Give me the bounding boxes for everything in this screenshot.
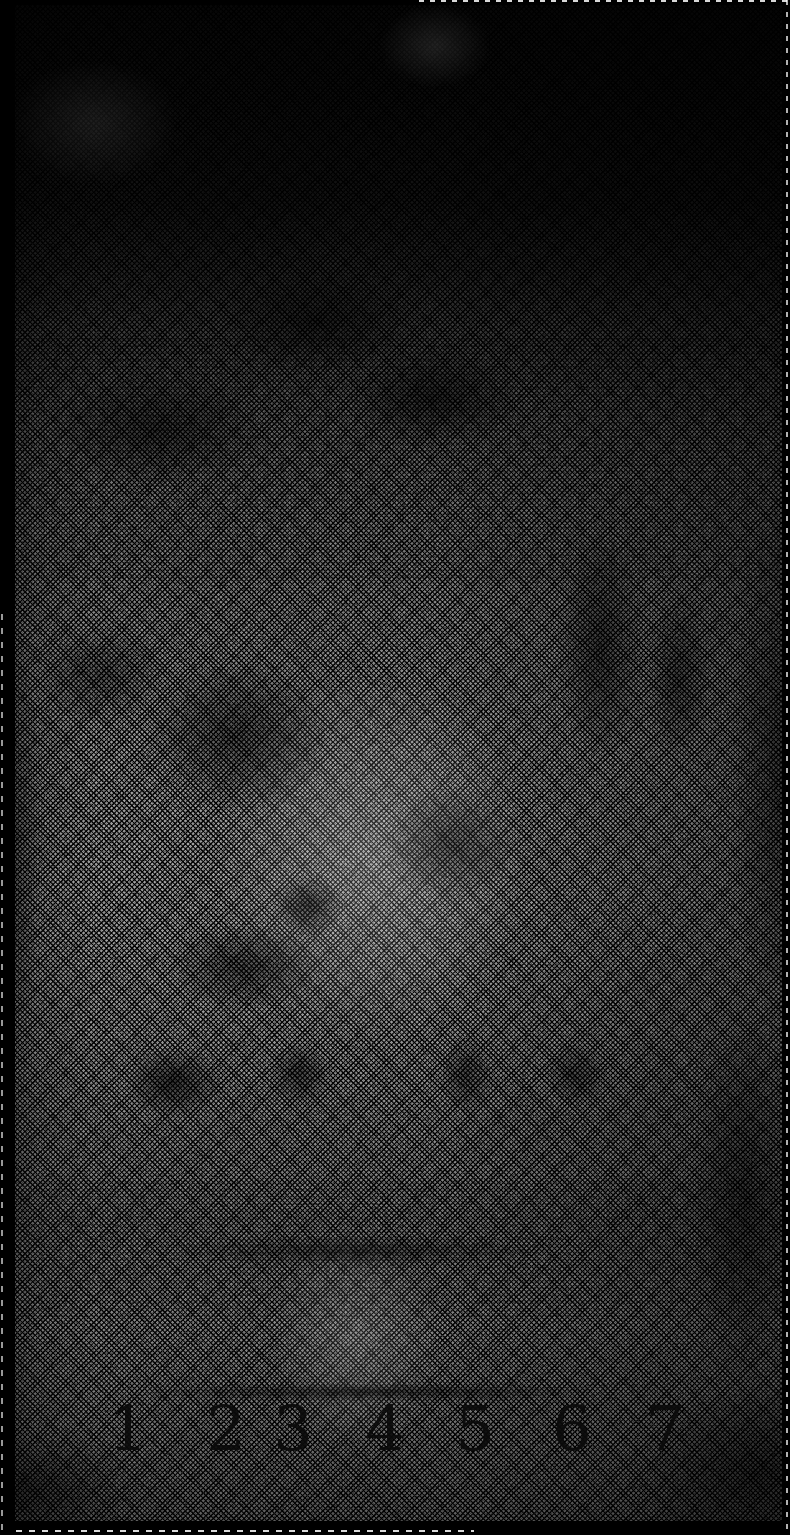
- lane-label-5: 5: [455, 1398, 494, 1460]
- frame-highlight-top: [419, 0, 790, 2]
- lane-label-2: 2: [206, 1398, 245, 1460]
- lane-label-3: 3: [273, 1398, 312, 1460]
- striation-overlay-upper: [0, 338, 790, 584]
- striation-overlay-lower: [0, 1182, 790, 1320]
- lane-label-4: 4: [365, 1398, 404, 1460]
- lane-label-6: 6: [552, 1398, 591, 1460]
- frame-highlight-left: [1, 614, 3, 1535]
- frame-highlight-bottom: [16, 1530, 474, 1532]
- lane-label-1: 1: [108, 1398, 147, 1460]
- photo-frame-bottom: [0, 1521, 790, 1535]
- gel-photo-figure: 1 2 3 4 5 6 7: [0, 0, 790, 1535]
- lane-labels-row: 1 2 3 4 5 6 7: [0, 1398, 790, 1458]
- frame-highlight-right: [786, 0, 788, 1535]
- lane-label-7: 7: [645, 1398, 684, 1460]
